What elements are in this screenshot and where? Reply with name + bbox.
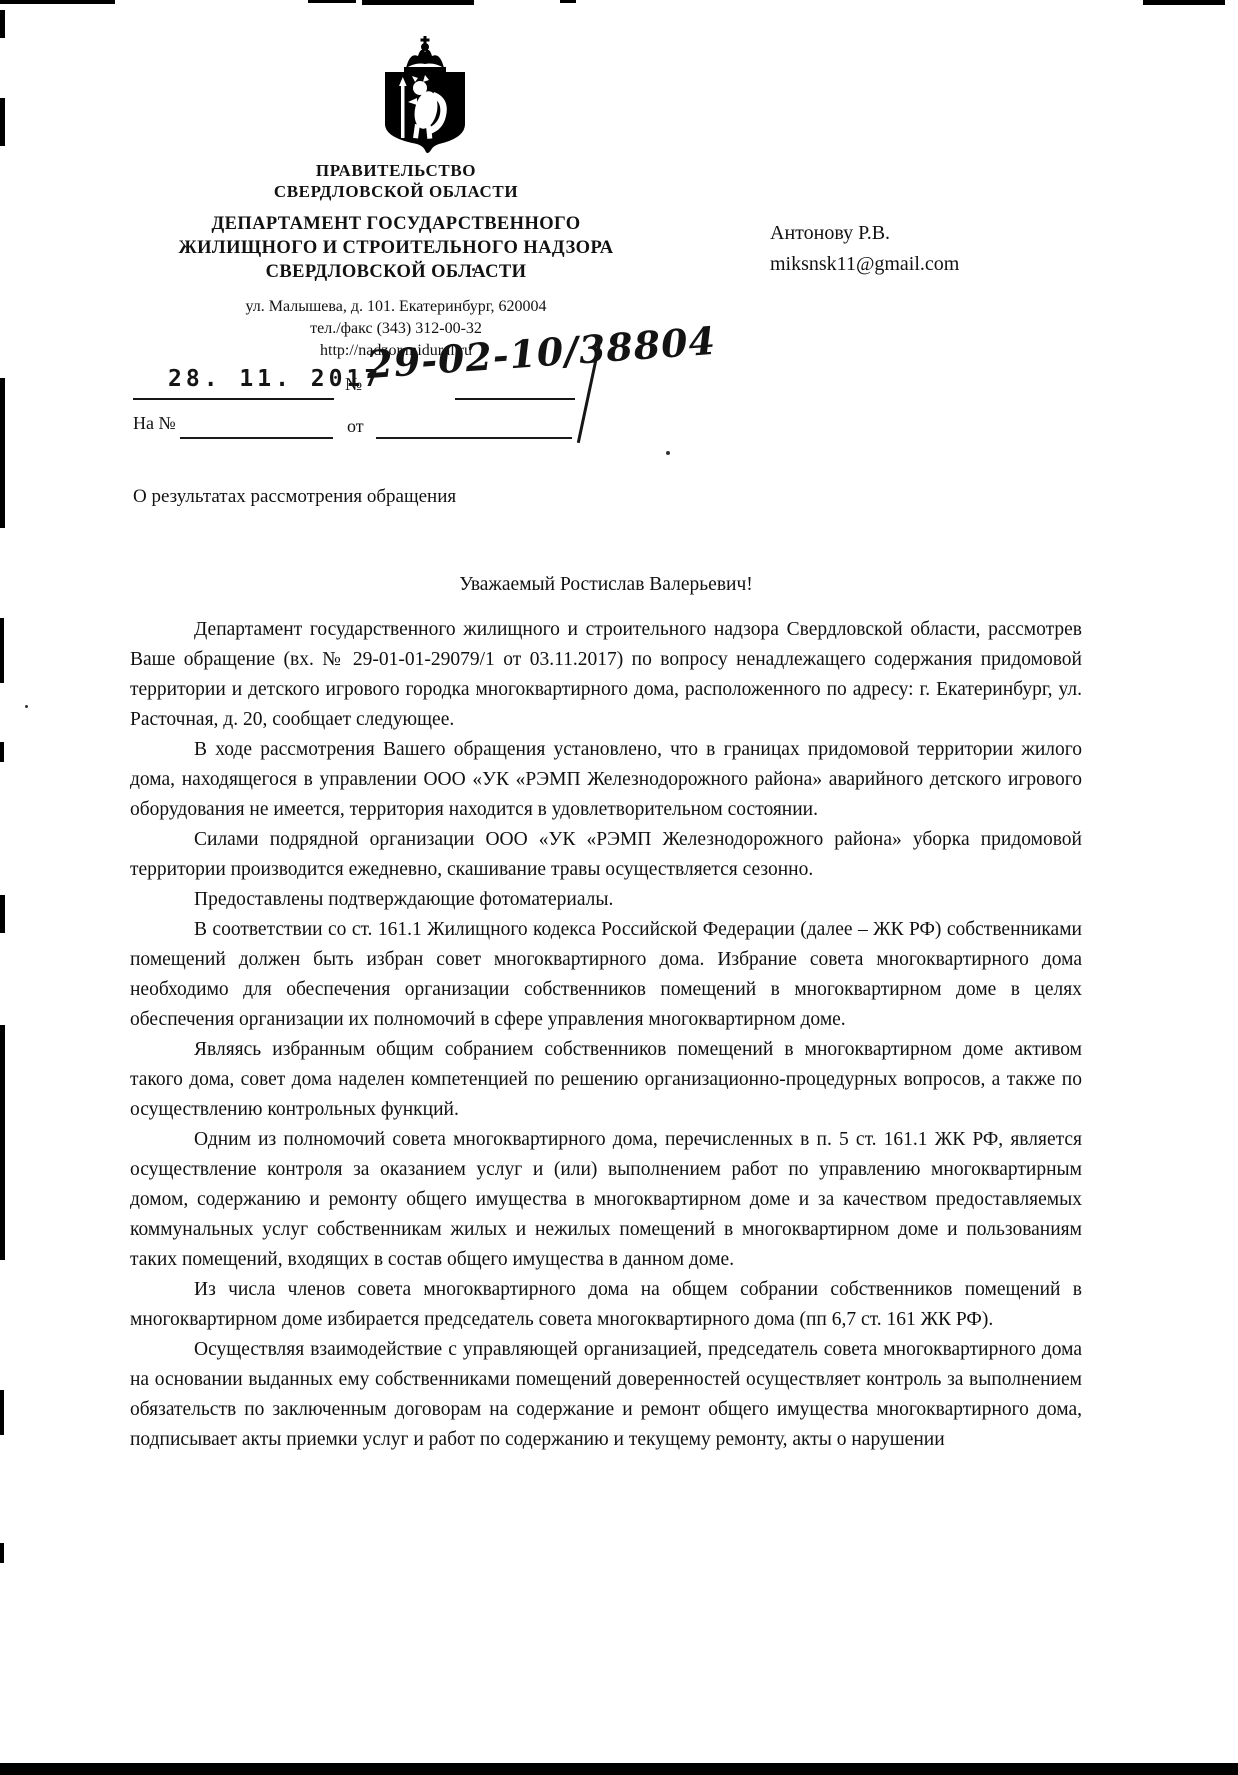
scan-artifact-left xyxy=(0,1390,4,1435)
scan-artifact-left xyxy=(0,618,4,683)
body-paragraph: Силами подрядной организации ООО «УК «РЭ… xyxy=(130,825,1082,885)
scan-artifact-left xyxy=(0,98,5,146)
scan-artifact-left xyxy=(0,1543,4,1563)
reply-date-blank-line xyxy=(376,437,572,439)
scan-noise-dot xyxy=(666,451,670,455)
scan-artifact-left xyxy=(0,895,5,933)
sverdlovsk-oblast-coat-of-arms-icon xyxy=(368,34,483,158)
reply-to-number-label: На № xyxy=(133,413,176,434)
department-name-line3: СВЕРДЛОВСКОЙ ОБЛАСТИ xyxy=(130,260,662,284)
body-paragraph: Одним из полномочий совета многоквартирн… xyxy=(130,1125,1082,1275)
subject-line: О результатах рассмотрения обращения xyxy=(133,486,456,508)
salutation: Уважаемый Ростислав Валерьевич! xyxy=(130,574,1082,596)
body-paragraph: Департамент государственного жилищного и… xyxy=(130,615,1082,735)
postal-address: ул. Малышева, д. 101. Екатеринбург, 6200… xyxy=(130,296,662,318)
body-paragraph: Являясь избранным общим собранием собств… xyxy=(130,1035,1082,1125)
government-name-line1: ПРАВИТЕЛЬСТВО xyxy=(130,160,662,181)
reply-from-label: от xyxy=(347,416,364,437)
number-label: № xyxy=(345,374,362,395)
scan-artifact-top xyxy=(560,0,576,3)
scan-artifact-top xyxy=(0,0,115,4)
scanned-letter-page: ПРАВИТЕЛЬСТВО СВЕРДЛОВСКОЙ ОБЛАСТИ ДЕПАР… xyxy=(0,0,1238,1775)
scan-artifact-top xyxy=(362,0,474,5)
addressee-email: miksnsk11@gmail.com xyxy=(770,249,959,280)
body-paragraph: Осуществляя взаимодействие с управляющей… xyxy=(130,1335,1082,1455)
scan-noise-dot xyxy=(25,705,28,708)
government-name-line2: СВЕРДЛОВСКОЙ ОБЛАСТИ xyxy=(130,181,662,202)
body-paragraph: Из числа членов совета многоквартирного … xyxy=(130,1275,1082,1335)
date-underline xyxy=(133,398,334,400)
addressee-name: Антонову Р.В. xyxy=(770,218,959,249)
addressee-block: Антонову Р.В. miksnsk11@gmail.com xyxy=(770,218,959,280)
body-paragraph: В соответствии со ст. 161.1 Жилищного ко… xyxy=(130,915,1082,1035)
scan-artifact-top xyxy=(1143,0,1225,5)
scan-artifact-left xyxy=(0,10,5,38)
letter-body: Департамент государственного жилищного и… xyxy=(130,615,1082,1455)
scan-artifact-left xyxy=(0,1025,5,1260)
body-paragraph: В ходе рассмотрения Вашего обращения уст… xyxy=(130,735,1082,825)
scan-artifact-left xyxy=(0,378,5,528)
department-name: ДЕПАРТАМЕНТ ГОСУДАРСТВЕННОГО ЖИЛИЩНОГО И… xyxy=(130,212,662,284)
scan-artifact-top xyxy=(308,0,356,3)
department-name-line2: ЖИЛИЩНОГО И СТРОИТЕЛЬНОГО НАДЗОРА xyxy=(130,236,662,260)
body-paragraph: Предоставлены подтверждающие фотоматериа… xyxy=(130,885,1082,915)
number-underline xyxy=(455,398,575,400)
department-name-line1: ДЕПАРТАМЕНТ ГОСУДАРСТВЕННОГО xyxy=(130,212,662,236)
reply-number-blank-line xyxy=(180,437,333,439)
scan-artifact-left xyxy=(0,742,4,762)
scan-artifact-bottom xyxy=(0,1763,1238,1775)
